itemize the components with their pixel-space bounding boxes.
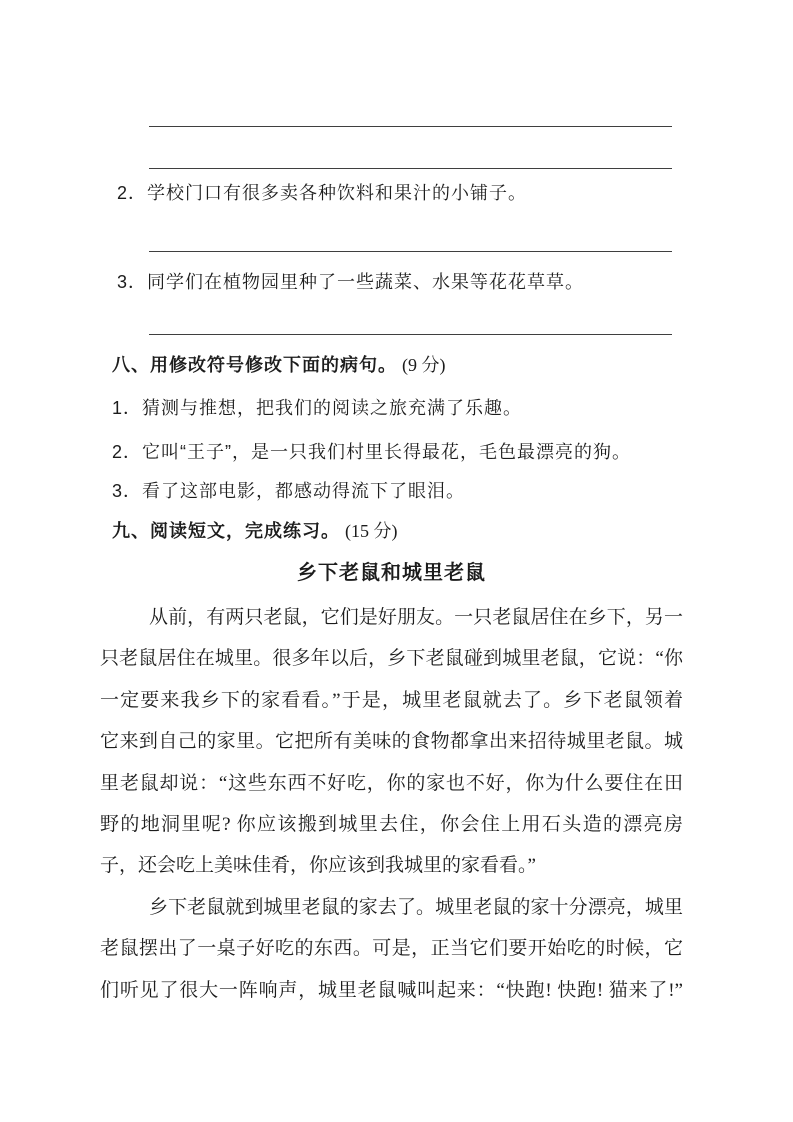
- sentence-item-2: 2．学校门口有很多卖各种饮料和果汁的小铺子。: [117, 182, 527, 204]
- answer-blank-line-3: [149, 251, 672, 252]
- passage-title: 乡下老鼠和城里老鼠: [100, 560, 683, 586]
- sentence-item-3: 3．同学们在植物园里种了一些蔬菜、水果等花花草草。: [117, 271, 584, 293]
- fix-sentence-3: 3．看了这部电影，都感动得流下了眼泪。: [112, 480, 465, 502]
- section-eight-heading: 八、用修改符号修改下面的病句。(9 分): [112, 353, 446, 377]
- section-nine-heading-text: 九、阅读短文，完成练习。: [112, 521, 340, 541]
- fix-sentence-1: 1．猜测与推想，把我们的阅读之旅充满了乐趣。: [112, 397, 522, 419]
- passage-line: 从前，有两只老鼠，它们是好朋友。一只老鼠居住在乡下，另一: [100, 597, 683, 638]
- passage-line: 野的地洞里呢? 你应该搬到城里去住，你会住上用石头造的漂亮房: [100, 804, 683, 845]
- answer-blank-line-2: [149, 168, 672, 169]
- fix-sentence-2: 2．它叫“王子”，是一只我们村里长得最花，毛色最漂亮的狗。: [112, 441, 631, 463]
- section-nine-score: (15 分): [345, 521, 398, 541]
- answer-blank-line-1: [149, 126, 672, 127]
- passage-line: 子，还会吃上美味佳肴，你应该到我城里的家看看。”: [100, 845, 683, 886]
- passage-line: 只老鼠居住在城里。很多年以后，乡下老鼠碰到城里老鼠，它说：“你: [100, 638, 683, 679]
- section-nine-heading: 九、阅读短文，完成练习。(15 分): [112, 519, 398, 543]
- passage-line: 一定要来我乡下的家看看。”于是，城里老鼠就去了。乡下老鼠领着: [100, 680, 683, 721]
- answer-blank-line-4: [149, 334, 672, 335]
- worksheet-page: 2．学校门口有很多卖各种饮料和果汁的小铺子。 3．同学们在植物园里种了一些蔬菜、…: [0, 0, 793, 1122]
- passage-line: 乡下老鼠就到城里老鼠的家去了。城里老鼠的家十分漂亮，城里: [100, 887, 683, 928]
- section-eight-heading-text: 八、用修改符号修改下面的病句。: [112, 355, 397, 375]
- passage-line: 老鼠摆出了一桌子好吃的东西。可是，正当它们要开始吃的时候，它: [100, 928, 683, 969]
- passage-line: 它来到自己的家里。它把所有美味的食物都拿出来招待城里老鼠。城: [100, 721, 683, 762]
- section-eight-score: (9 分): [402, 355, 446, 375]
- passage-line: 们听见了很大一阵响声，城里老鼠喊叫起来：“快跑! 快跑! 猫来了!”: [100, 970, 683, 1011]
- reading-passage: 从前，有两只老鼠，它们是好朋友。一只老鼠居住在乡下，另一 只老鼠居住在城里。很多…: [100, 597, 683, 1011]
- passage-line: 里老鼠却说：“这些东西不好吃，你的家也不好，你为什么要住在田: [100, 763, 683, 804]
